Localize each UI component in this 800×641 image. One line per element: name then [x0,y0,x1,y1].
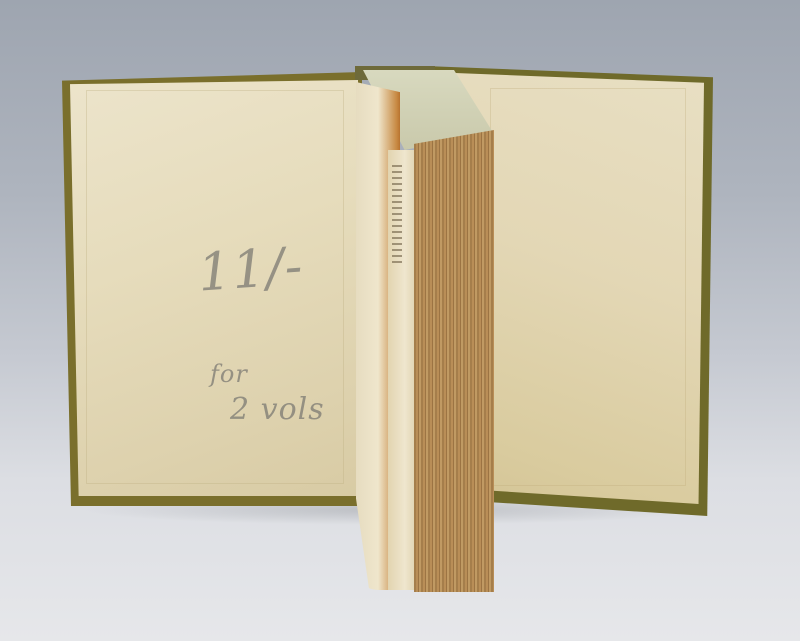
pencil-price-note: 11/- [196,236,305,303]
text-block-fore-edge [414,130,494,592]
pencil-note-vols: 2 vols [230,392,325,427]
pencil-note-for: for [210,360,248,388]
printed-text-fragment [392,165,402,265]
